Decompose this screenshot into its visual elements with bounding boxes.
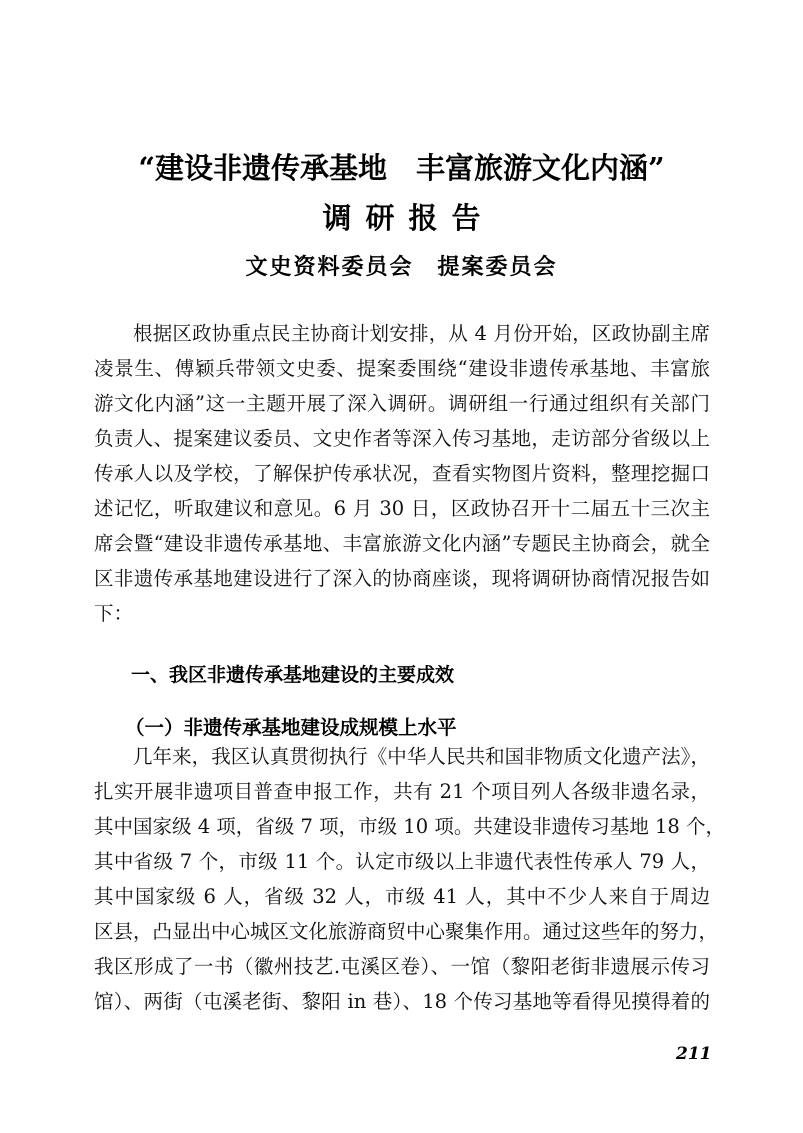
paragraph-line: 根据区政协重点民主协商计划安排，从 4 月份开始，区政协副主席 <box>133 322 710 346</box>
paragraph-line: 负责人、提案建议委员、文史作者等深入传习基地，走访部分省级以上 <box>94 427 710 451</box>
paragraph-line: 馆）、两街（屯溪老街、黎阳 in 巷）、18 个传习基地等看得见摸得着的 <box>94 990 710 1014</box>
document-page: “建设非遗传承基地 丰富旅游文化内涵” 调研报告 文史资料委员会 提案委员会 根… <box>0 0 803 1133</box>
paragraph-line: 区非遗传承基地建设进行了深入的协商座谈，现将调研协商情况报告如 <box>94 567 710 591</box>
document-authors: 文史资料委员会 提案委员会 <box>0 250 803 281</box>
paragraph-line: 我区形成了一书（徽州技艺.屯溪区卷）、一馆（黎阳老街非遗展示传习 <box>94 955 710 979</box>
section-heading: 一、我区非遗传承基地建设的主要成效 <box>131 660 454 687</box>
page-number: 211 <box>676 1044 712 1064</box>
paragraph-line: 游文化内涵”这一主题开展了深入调研。调研组一行通过组织有关部门 <box>94 392 710 416</box>
paragraph-line: 其中省级 7 个，市级 11 个。认定市级以上非遗代表性传承人 79 人， <box>94 850 710 874</box>
paragraph-line: 传承人以及学校，了解保护传承状况，查看实物图片资料，整理挖掘口 <box>94 462 710 486</box>
paragraph-line: 几年来，我区认真贯彻执行《中华人民共和国非物质文化遗产法》， <box>133 745 710 769</box>
paragraph-line: 其中国家级 4 项，省级 7 项，市级 10 项。共建设非遗传习基地 18 个， <box>94 815 710 839</box>
subsection-heading: （一）非遗传承基地建设成规模上水平 <box>125 712 457 740</box>
paragraph-line: 述记忆，听取建议和意见。6 月 30 日，区政协召开十二届五十三次主 <box>94 497 710 521</box>
document-subtitle: 调研报告 <box>0 196 803 237</box>
paragraph-line: 区县，凸显出中心城区文化旅游商贸中心聚集作用。通过这些年的努力， <box>94 920 710 944</box>
paragraph-line: 扎实开展非遗项目普查申报工作，共有 21 个项目列人各级非遗名录， <box>94 780 710 804</box>
paragraph-line: 其中国家级 6 人，省级 32 人，市级 41 人，其中不少人来自于周边 <box>94 885 710 909</box>
document-title: “建设非遗传承基地 丰富旅游文化内涵” <box>0 146 803 187</box>
paragraph-line: 席会暨“建设非遗传承基地、丰富旅游文化内涵”专题民主协商会，就全 <box>94 532 710 556</box>
paragraph-line: 凌景生、傅颖兵带领文史委、提案委围绕“建设非遗传承基地、丰富旅 <box>94 357 710 381</box>
paragraph-line: 下： <box>94 602 710 626</box>
